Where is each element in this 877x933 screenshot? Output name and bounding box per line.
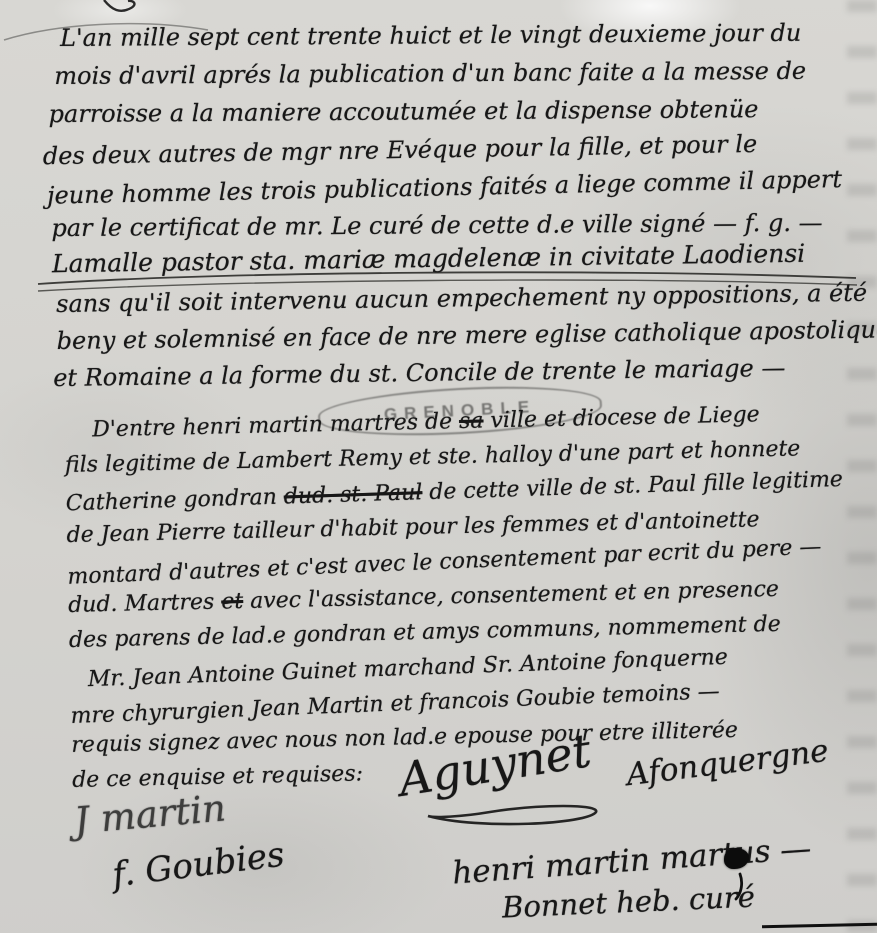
- struck-word: dud. st. Paul: [283, 480, 422, 509]
- line-segment: Catherine gondran: [65, 485, 284, 517]
- line-segment: D'entre henri martin martres de: [92, 409, 459, 442]
- opening-paragraph: L'an mille sept cent trente huict et le …: [60, 21, 843, 254]
- signature-martin: J martin: [73, 789, 228, 839]
- signature-groom-martus: henri martin martus —: [451, 833, 812, 889]
- line-segment: ville et diocese de Liege: [483, 402, 760, 433]
- verso-bleed-through: [847, 0, 877, 933]
- manuscript-page: L'an mille sept cent trente huict et le …: [0, 0, 877, 933]
- signature-cure-bonnet: Bonnet heb. curé: [501, 882, 755, 922]
- signature-goubie: f. Goubies: [111, 838, 287, 893]
- blessing-paragraph: sans qu'il soit intervenu aucun empechem…: [56, 280, 877, 403]
- struck-word: sa: [459, 408, 484, 434]
- bottom-margin-rule: [762, 923, 877, 928]
